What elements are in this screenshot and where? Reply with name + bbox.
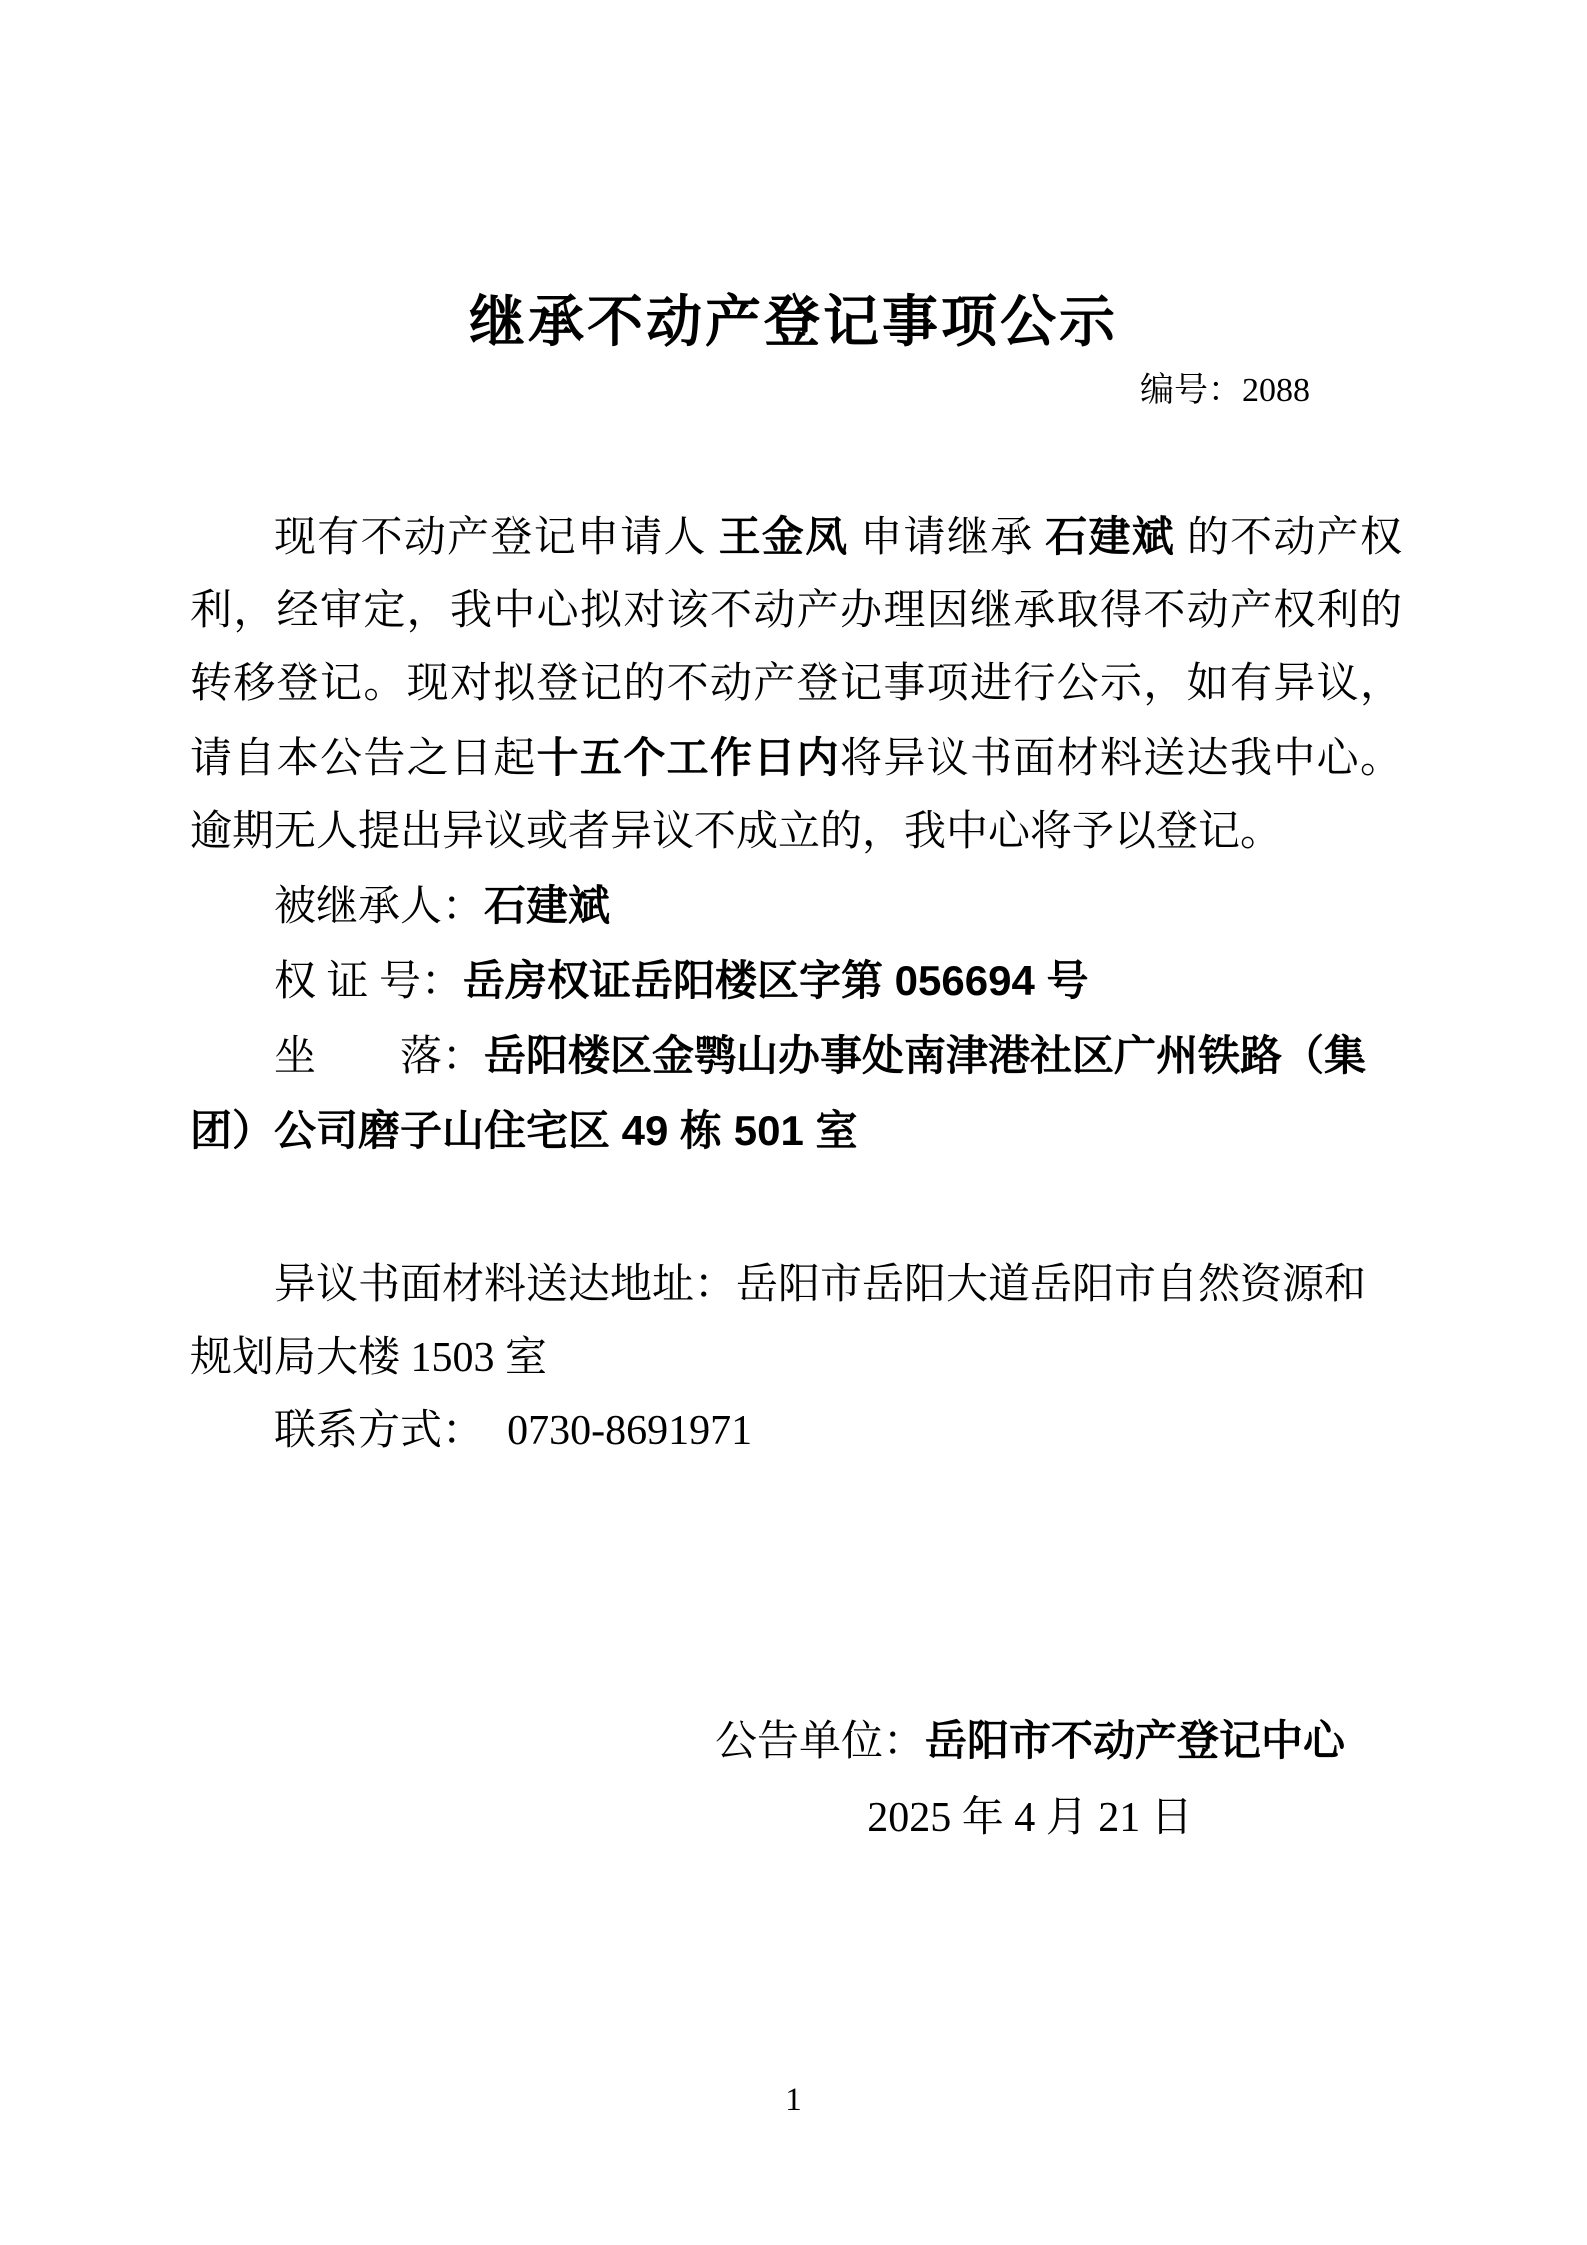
decedent-name-inline: 石建斌 <box>1045 513 1175 560</box>
contact-paragraph: 联系方式：0730-8691971 <box>190 1395 1402 1468</box>
objection-address-paragraph: 异议书面材料送达地址：岳阳市岳阳大道岳阳市自然资源和规划局大楼 1503 室 <box>190 1249 1402 1395</box>
page-number: 1 <box>0 2082 1587 2119</box>
document-number: 编号：2088 <box>1140 362 1310 411</box>
intro-text: 申请继承 <box>848 515 1045 561</box>
contact-label: 联系方式： <box>274 1408 484 1454</box>
notice-page: 继承不动产登记事项公示 编号：2088 现有不动产登记申请人 王金凤 申请继承 … <box>0 0 1587 2245</box>
field-location: 坐 落：岳阳楼区金鹗山办事处南津港社区广州铁路（集团）公司磨子山住宅区 49 栋… <box>190 1019 1402 1169</box>
field-decedent-label: 被继承人： <box>274 884 484 930</box>
document-body: 现有不动产登记申请人 王金凤 申请继承 石建斌 的不动产权利，经审定，我中心拟对… <box>190 500 1402 1468</box>
field-certificate-value: 岳房权证岳阳楼区字第 056694 号 <box>463 957 1089 1004</box>
issuer-line: 公告单位：岳阳市不动产登记中心 <box>640 1703 1420 1780</box>
issuer-label: 公告单位： <box>715 1719 925 1765</box>
document-footer: 公告单位：岳阳市不动产登记中心 2025 年 4 月 21 日 <box>640 1703 1420 1856</box>
date-line: 2025 年 4 月 21 日 <box>640 1780 1420 1856</box>
contact-phone: 0730-8691971 <box>507 1408 752 1454</box>
field-certificate-number: 权 证 号：岳房权证岳阳楼区字第 056694 号 <box>190 944 1402 1019</box>
intro-paragraph: 现有不动产登记申请人 王金凤 申请继承 石建斌 的不动产权利，经审定，我中心拟对… <box>190 500 1402 869</box>
notice-date: 2025 年 4 月 21 日 <box>867 1795 1193 1841</box>
document-title: 继承不动产登记事项公示 <box>0 278 1587 358</box>
field-decedent-value: 石建斌 <box>484 882 610 929</box>
applicant-name: 王金凤 <box>719 513 849 560</box>
objection-address-label: 异议书面材料送达地址： <box>274 1262 736 1308</box>
intro-text: 现有不动产登记申请人 <box>274 515 719 561</box>
objection-period: 十五个工作日内 <box>537 734 840 781</box>
field-location-label: 坐 落： <box>274 1034 484 1080</box>
field-decedent: 被继承人：石建斌 <box>190 869 1402 944</box>
document-number-value: 2088 <box>1242 372 1310 409</box>
document-number-label: 编号： <box>1140 372 1242 409</box>
field-certificate-label: 权 证 号： <box>274 959 463 1005</box>
issuer-name: 岳阳市不动产登记中心 <box>925 1717 1345 1764</box>
